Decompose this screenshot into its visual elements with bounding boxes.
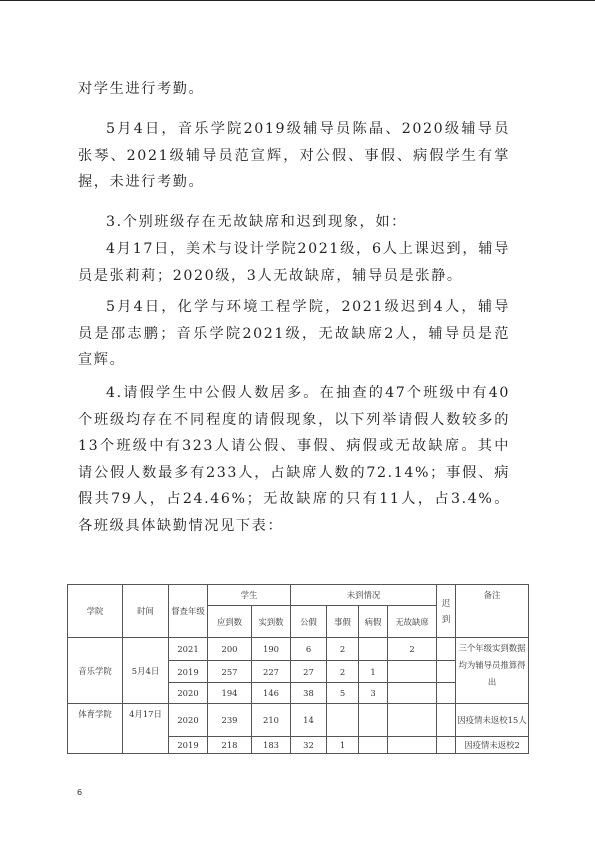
table-row: 音乐学院 5月4日 2021 200 190 6 2 2 三个年级实到数据均为辅… xyxy=(68,638,529,661)
header-college: 学院 xyxy=(68,585,123,638)
paragraph-art-design: 4月17日，美术与设计学院2021级，6人上课迟到，辅导员是张莉莉；2020级，… xyxy=(78,236,510,289)
cell-personal: 2 xyxy=(327,638,359,661)
header-actual: 实到数 xyxy=(252,606,291,638)
cell-actual: 146 xyxy=(252,683,291,704)
table-row: 体育学院 4月17日 2020 239 210 14 因疫情未返校15人 xyxy=(68,704,529,737)
header-students: 学生 xyxy=(208,585,291,606)
cell-remark: 因疫情未返校15人 xyxy=(456,704,529,737)
cell-actual: 183 xyxy=(252,737,291,754)
cell-college: 音乐学院 xyxy=(68,638,123,704)
cell-actual: 190 xyxy=(252,638,291,661)
cell-grade: 2020 xyxy=(169,704,208,737)
cell-personal: 5 xyxy=(327,683,359,704)
cell-official: 32 xyxy=(291,737,327,754)
cell-expected: 257 xyxy=(208,661,252,683)
cell-official: 27 xyxy=(291,661,327,683)
cell-official: 38 xyxy=(291,683,327,704)
header-late: 迟到 xyxy=(437,585,456,638)
cell-unexcused xyxy=(388,683,437,704)
header-personal-leave: 事假 xyxy=(327,606,359,638)
cell-unexcused xyxy=(388,661,437,683)
cell-grade: 2020 xyxy=(169,683,208,704)
attendance-table: 学院 时间 督查年级 学生 未到情况 迟到 备注 应到数 实到数 公假 事假 病… xyxy=(67,584,529,754)
cell-expected: 194 xyxy=(208,683,252,704)
cell-unexcused xyxy=(388,704,437,737)
header-official-leave: 公假 xyxy=(291,606,327,638)
cell-college: 体育学院 xyxy=(68,704,123,754)
cell-official: 14 xyxy=(291,704,327,737)
page-number: 6 xyxy=(77,788,82,797)
cell-time: 4月17日 xyxy=(123,704,169,754)
cell-actual: 227 xyxy=(252,661,291,683)
header-remarks: 备注 xyxy=(456,585,529,638)
header-sick-leave: 病假 xyxy=(359,606,388,638)
paragraph-music-college: 5月4日，音乐学院2019级辅导员陈晶、2020级辅导员张琴、2021级辅导员范… xyxy=(78,116,510,196)
paragraph-chemistry: 5月4日，化学与环境工程学院，2021级迟到4人，辅导员是邵志鹏；音乐学院202… xyxy=(78,294,510,374)
header-absence: 未到情况 xyxy=(291,585,437,606)
cell-grade: 2019 xyxy=(169,737,208,754)
cell-sick xyxy=(359,737,388,754)
cell-grade: 2021 xyxy=(169,638,208,661)
header-time: 时间 xyxy=(123,585,169,638)
header-unexcused: 无故缺席 xyxy=(388,606,437,638)
paragraph-0: 对学生进行考勤。 xyxy=(78,76,510,103)
cell-personal xyxy=(327,704,359,737)
cell-official: 6 xyxy=(291,638,327,661)
cell-late xyxy=(437,683,456,704)
paragraph-item-3-heading: 3.个别班级存在无故缺席和迟到现象，如： xyxy=(78,209,510,236)
cell-late xyxy=(437,661,456,683)
cell-personal: 1 xyxy=(327,737,359,754)
cell-personal: 2 xyxy=(327,661,359,683)
cell-late xyxy=(437,638,456,661)
cell-unexcused: 2 xyxy=(388,638,437,661)
cell-sick xyxy=(359,704,388,737)
cell-expected: 218 xyxy=(208,737,252,754)
cell-sick: 3 xyxy=(359,683,388,704)
cell-remark: 三个年级实到数据均为辅导员推算得出 xyxy=(456,638,529,704)
cell-late xyxy=(437,704,456,737)
cell-grade: 2019 xyxy=(169,661,208,683)
cell-expected: 239 xyxy=(208,704,252,737)
cell-unexcused xyxy=(388,737,437,754)
cell-expected: 200 xyxy=(208,638,252,661)
cell-remark: 因疫情未返校2 xyxy=(456,737,529,754)
cell-late xyxy=(437,737,456,754)
paragraph-item-4: 4.请假学生中公假人数居多。在抽查的47个班级中有40个班级均存在不同程度的请假… xyxy=(78,380,510,539)
cell-sick: 1 xyxy=(359,661,388,683)
header-grade: 督查年级 xyxy=(169,585,208,638)
page-top-border xyxy=(0,0,595,1)
cell-time: 5月4日 xyxy=(123,638,169,704)
cell-actual: 210 xyxy=(252,704,291,737)
cell-sick xyxy=(359,638,388,661)
header-expected: 应到数 xyxy=(208,606,252,638)
